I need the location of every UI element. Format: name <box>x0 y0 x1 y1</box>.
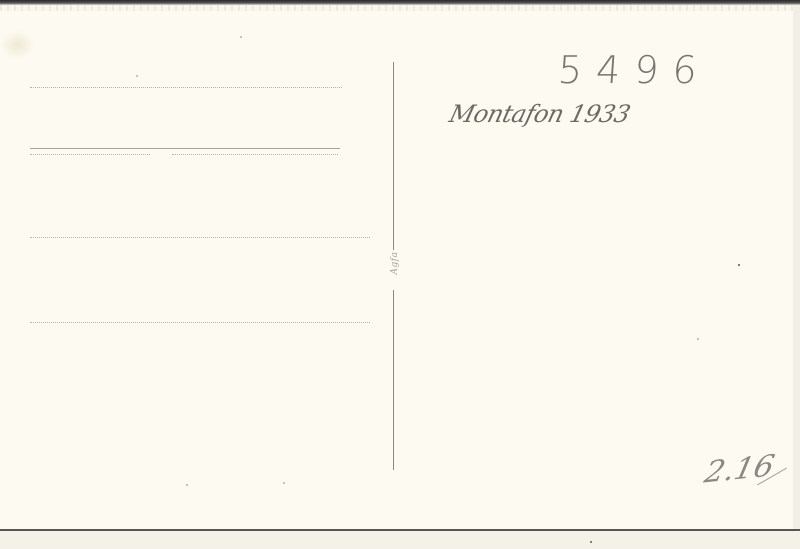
dust-speck <box>186 484 188 486</box>
paper-stain <box>0 30 35 60</box>
dust-speck <box>738 264 740 266</box>
address-line-1 <box>30 87 342 88</box>
dust-speck <box>136 75 138 77</box>
address-line-2-sub-left <box>30 154 150 155</box>
agfa-imprint: Agfa <box>390 250 400 276</box>
address-line-3 <box>30 237 370 238</box>
dust-speck <box>697 338 699 340</box>
dust-speck <box>283 482 285 484</box>
dust-speck <box>590 541 592 543</box>
handwritten-location-date: Montafon 1933 <box>447 100 633 128</box>
scan-right-margin <box>793 5 800 531</box>
scan-bottom-margin <box>0 531 800 549</box>
scan-edge-texture <box>0 5 800 11</box>
dust-speck <box>240 36 242 38</box>
address-line-2-sub-right <box>172 154 338 155</box>
address-line-2 <box>30 148 340 149</box>
handwritten-reference-number: 5496 <box>556 48 712 92</box>
address-line-4 <box>30 322 370 323</box>
